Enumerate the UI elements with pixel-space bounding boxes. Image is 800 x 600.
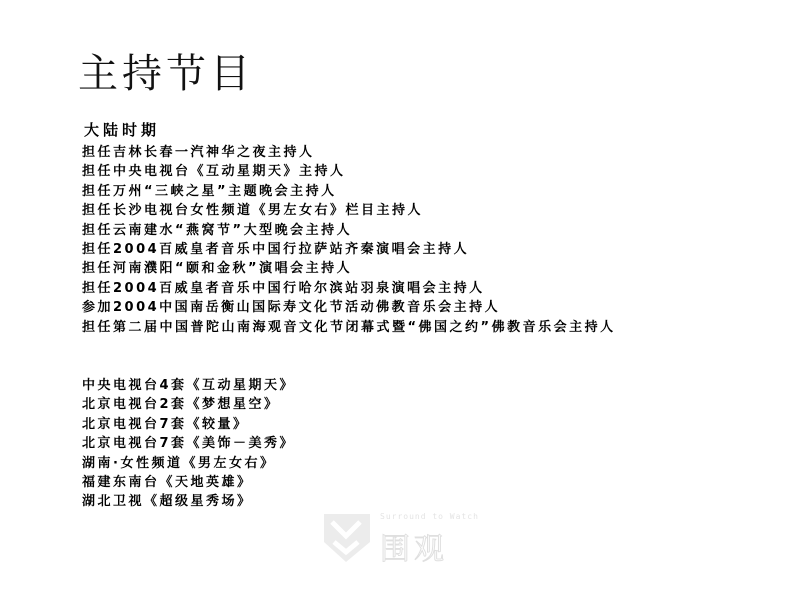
list-item: 担任吉林长春一汽神华之夜主持人: [82, 143, 616, 162]
watermark: Surround to Watch 围观: [322, 508, 492, 568]
watermark-tagline: Surround to Watch: [380, 512, 479, 521]
list-item: 湖南·女性频道《男左女右》: [82, 454, 295, 473]
list-item: 北京电视台2套《梦想星空》: [82, 395, 295, 414]
watermark-name: 围观: [380, 524, 448, 568]
page-title: 主持节目: [78, 52, 254, 96]
list-item: 担任2004百威皇者音乐中国行拉萨站齐秦演唱会主持人: [82, 240, 616, 259]
section-heading: 大陆时期: [84, 120, 160, 140]
hosting-roles-list: 担任吉林长春一汽神华之夜主持人 担任中央电视台《互动星期天》主持人 担任万州“三…: [82, 143, 616, 337]
list-item: 北京电视台7套《较量》: [82, 415, 295, 434]
list-item: 担任2004百威皇者音乐中国行哈尔滨站羽泉演唱会主持人: [82, 279, 616, 298]
list-item: 中央电视台4套《互动星期天》: [82, 376, 295, 395]
list-item: 担任中央电视台《互动星期天》主持人: [82, 162, 616, 181]
list-item: 福建东南台《天地英雄》: [82, 473, 295, 492]
list-item: 担任万州“三峡之星”主题晚会主持人: [82, 182, 616, 201]
list-item: 担任长沙电视台女性频道《男左女右》栏目主持人: [82, 201, 616, 220]
list-item: 湖北卫视《超级星秀场》: [82, 492, 295, 511]
list-item: 担任河南濮阳“颐和金秋”演唱会主持人: [82, 259, 616, 278]
tv-programs-list: 中央电视台4套《互动星期天》 北京电视台2套《梦想星空》 北京电视台7套《较量》…: [82, 376, 295, 512]
list-item: 北京电视台7套《美饰－美秀》: [82, 434, 295, 453]
watermark-logo-icon: [322, 512, 372, 564]
list-item: 担任第二届中国普陀山南海观音文化节闭幕式暨“佛国之约”佛教音乐会主持人: [82, 318, 616, 337]
list-item: 参加2004中国南岳衡山国际寿文化节活动佛教音乐会主持人: [82, 298, 616, 317]
list-item: 担任云南建水“燕窝节”大型晚会主持人: [82, 221, 616, 240]
